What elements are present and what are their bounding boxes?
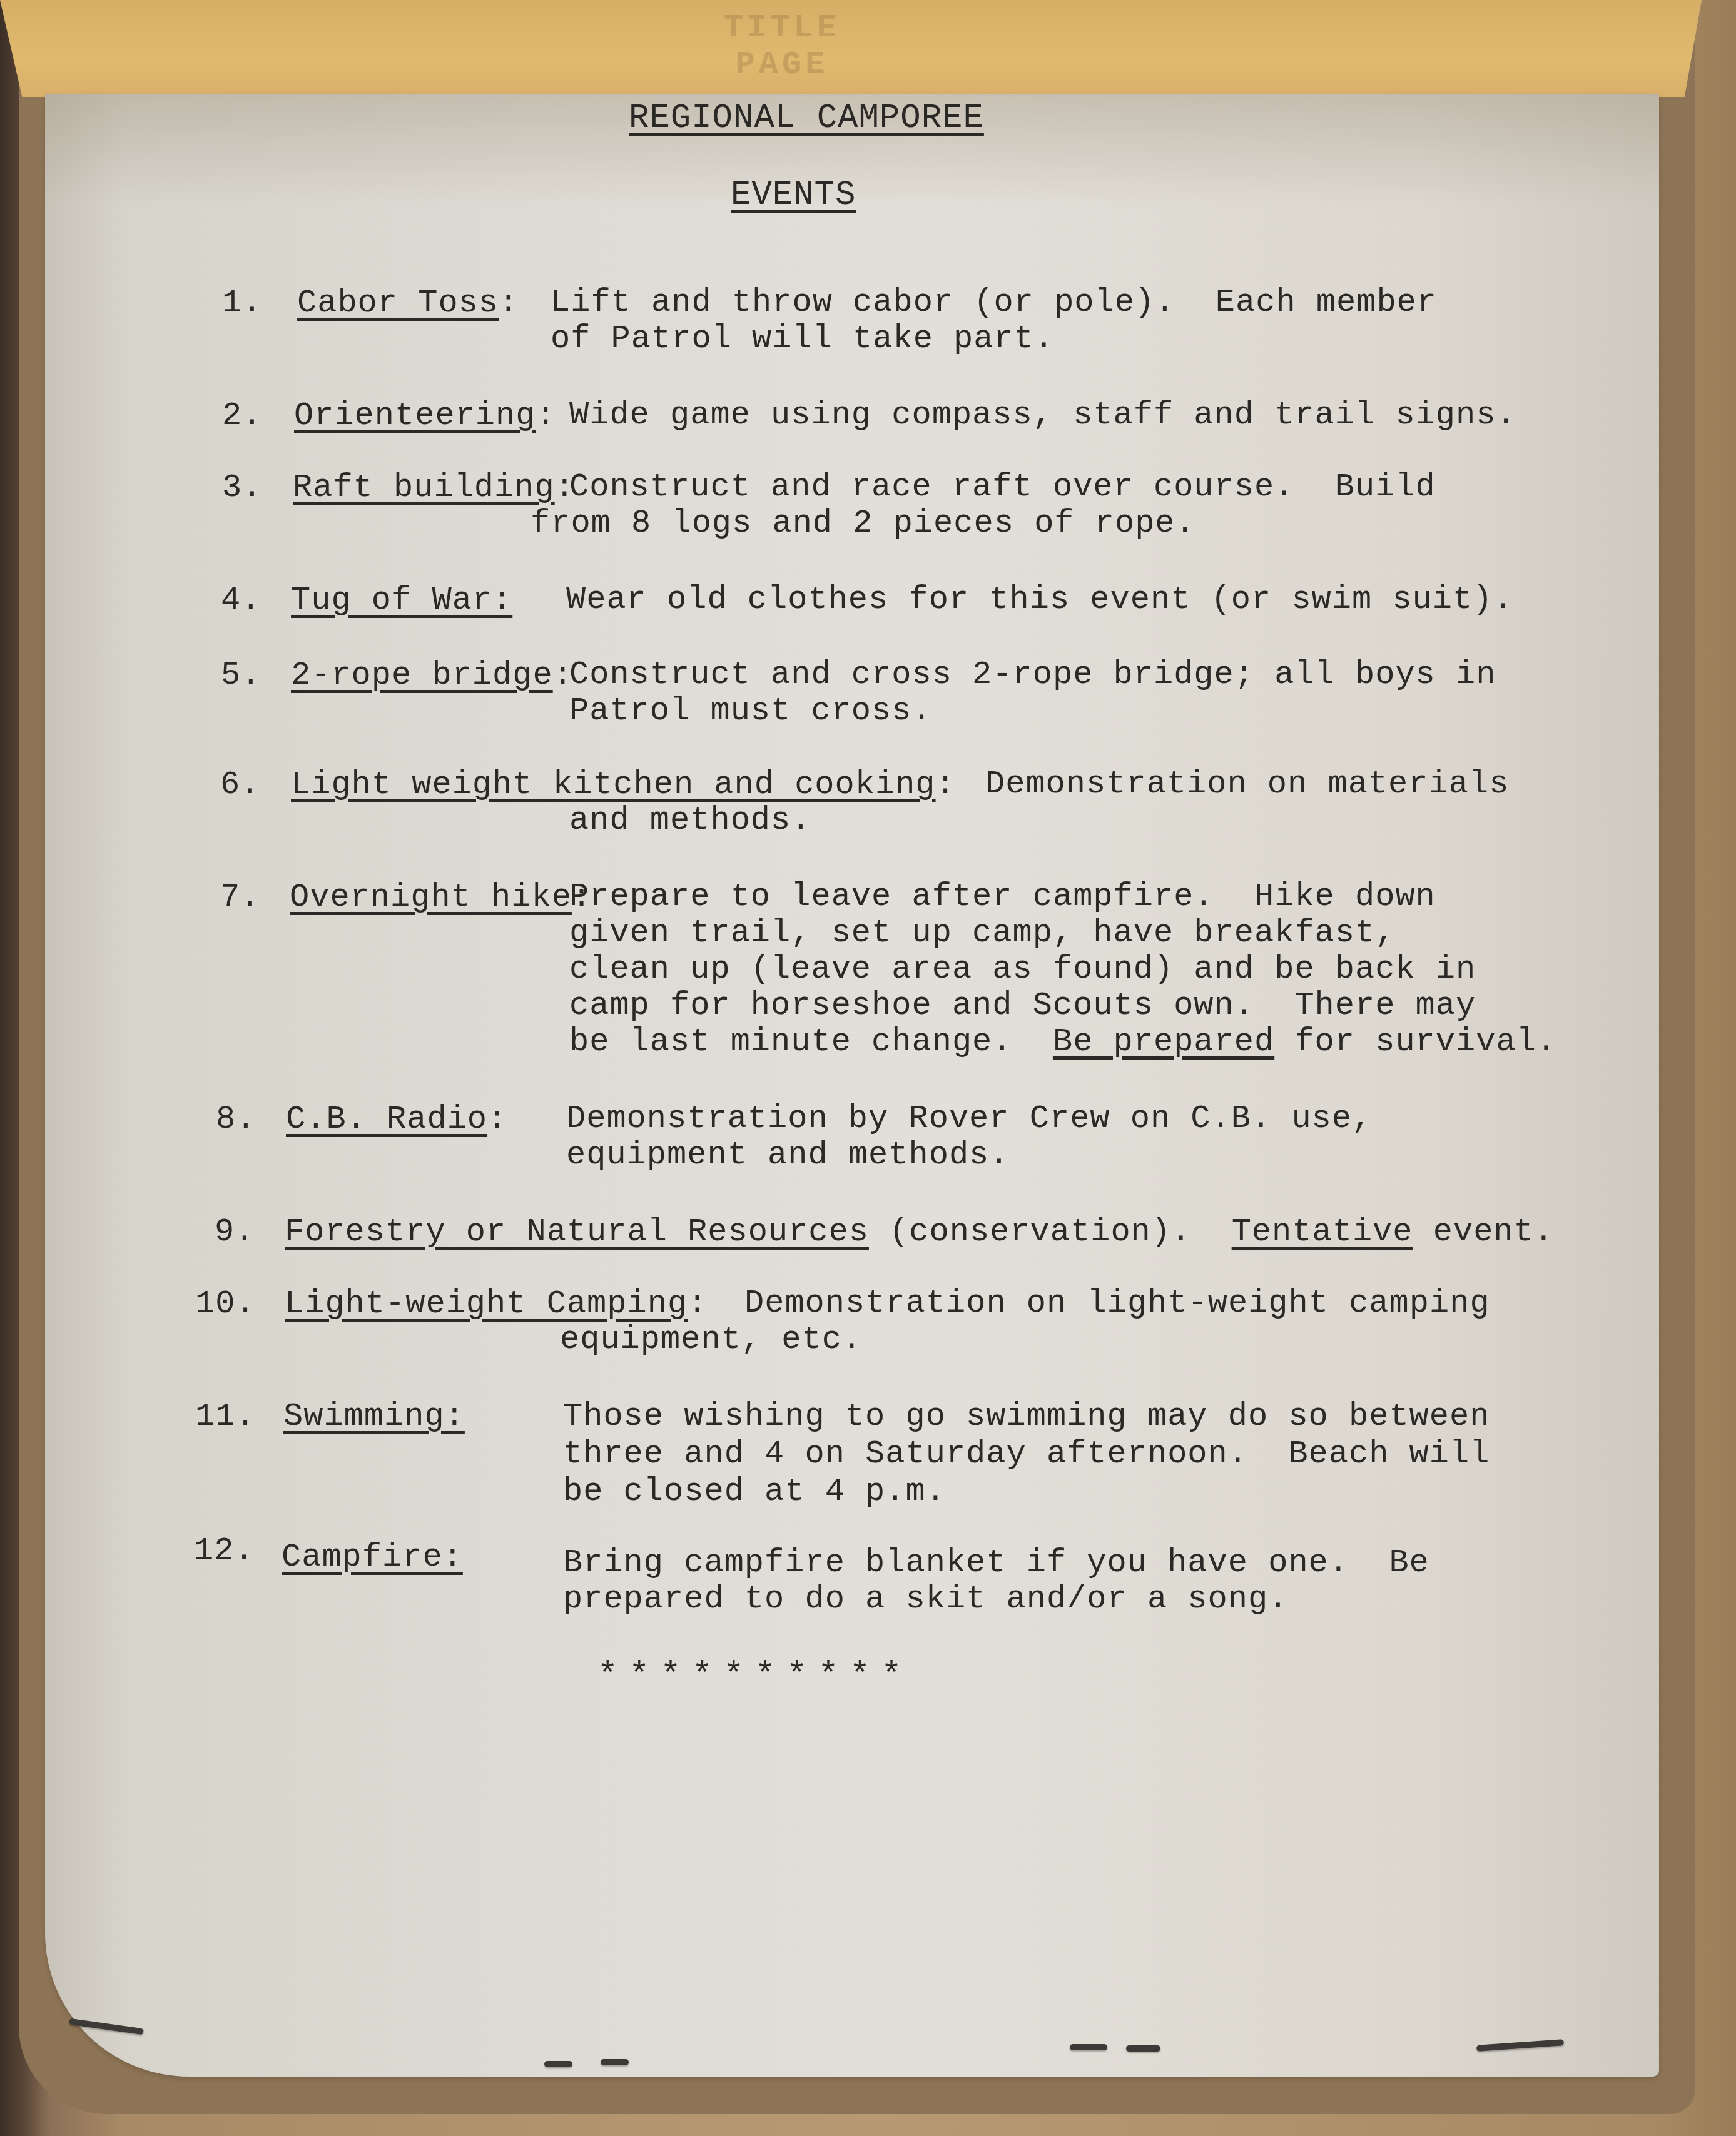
event-number: 1.	[222, 285, 303, 322]
event-description: Demonstration on light-weight camping eq…	[744, 1285, 1490, 1358]
event-number: 11.	[195, 1398, 277, 1435]
event-name: Campfire:	[282, 1539, 463, 1576]
event-name: 2-rope bridge:	[291, 657, 573, 694]
staple	[544, 2061, 572, 2067]
event-number: 9.	[215, 1213, 296, 1251]
event-description: Construct and cross 2-rope bridge; all b…	[569, 657, 1496, 729]
event-number: 3.	[222, 469, 303, 507]
event-name: Overnight hike:	[290, 879, 592, 916]
emphasis-be-prepared: Be prepared	[1053, 1023, 1274, 1060]
event-description: Bring campfire blanket if you have one. …	[563, 1545, 1429, 1617]
event-description: Prepare to leave after campfire. Hike do…	[569, 879, 1556, 1060]
event-name: Forestry or Natural Resources (conservat…	[285, 1213, 1554, 1251]
event-item: 7. Overnight hike: Prepare to leave afte…	[163, 879, 1539, 1029]
staple	[1070, 2044, 1107, 2050]
event-description: Wide game using compass, staff and trail…	[569, 397, 1516, 433]
event-number: 2.	[222, 397, 303, 435]
event-number: 5.	[221, 657, 302, 694]
event-name: Raft building:	[293, 469, 575, 507]
event-name: C.B. Radio:	[286, 1101, 507, 1138]
closing-asterisks: **********	[597, 1658, 913, 1695]
event-name: Light-weight Camping:	[285, 1285, 708, 1323]
page-title: REGIONAL CAMPOREE	[629, 100, 984, 138]
event-description: Those wishing to go swimming may do so b…	[563, 1398, 1490, 1511]
event-name: Swimming:	[283, 1398, 465, 1435]
emphasis-tentative: Tentative	[1232, 1213, 1413, 1250]
event-name: Light weight kitchen and cooking:	[291, 766, 956, 804]
event-description: Demonstration by Rover Crew on C.B. use,…	[566, 1101, 1372, 1173]
event-number: 6.	[220, 766, 302, 804]
event-description: Wear old clothes for this event (or swim…	[566, 582, 1513, 618]
event-description: Construct and race raft over course. Bui…	[569, 469, 1436, 542]
event-number: 12.	[194, 1532, 275, 1570]
event-number: 8.	[216, 1101, 297, 1138]
staple	[601, 2059, 629, 2065]
folder-faded-text: TITLE PAGE	[669, 9, 895, 47]
event-description: Lift and throw cabor (or pole). Each mem…	[551, 285, 1437, 357]
section-heading: EVENTS	[731, 177, 856, 215]
event-name: Orienteering:	[294, 397, 556, 435]
staple	[1126, 2045, 1160, 2052]
event-description: Demonstration on materials and methods.	[985, 766, 1509, 839]
event-name: Tug of War:	[291, 582, 512, 619]
event-name: Cabor Toss:	[297, 285, 519, 322]
event-item: 11. Swimming: Those wishing to go swimmi…	[163, 1398, 1539, 1548]
event-number: 4.	[221, 582, 302, 619]
event-number: 10.	[195, 1285, 277, 1323]
